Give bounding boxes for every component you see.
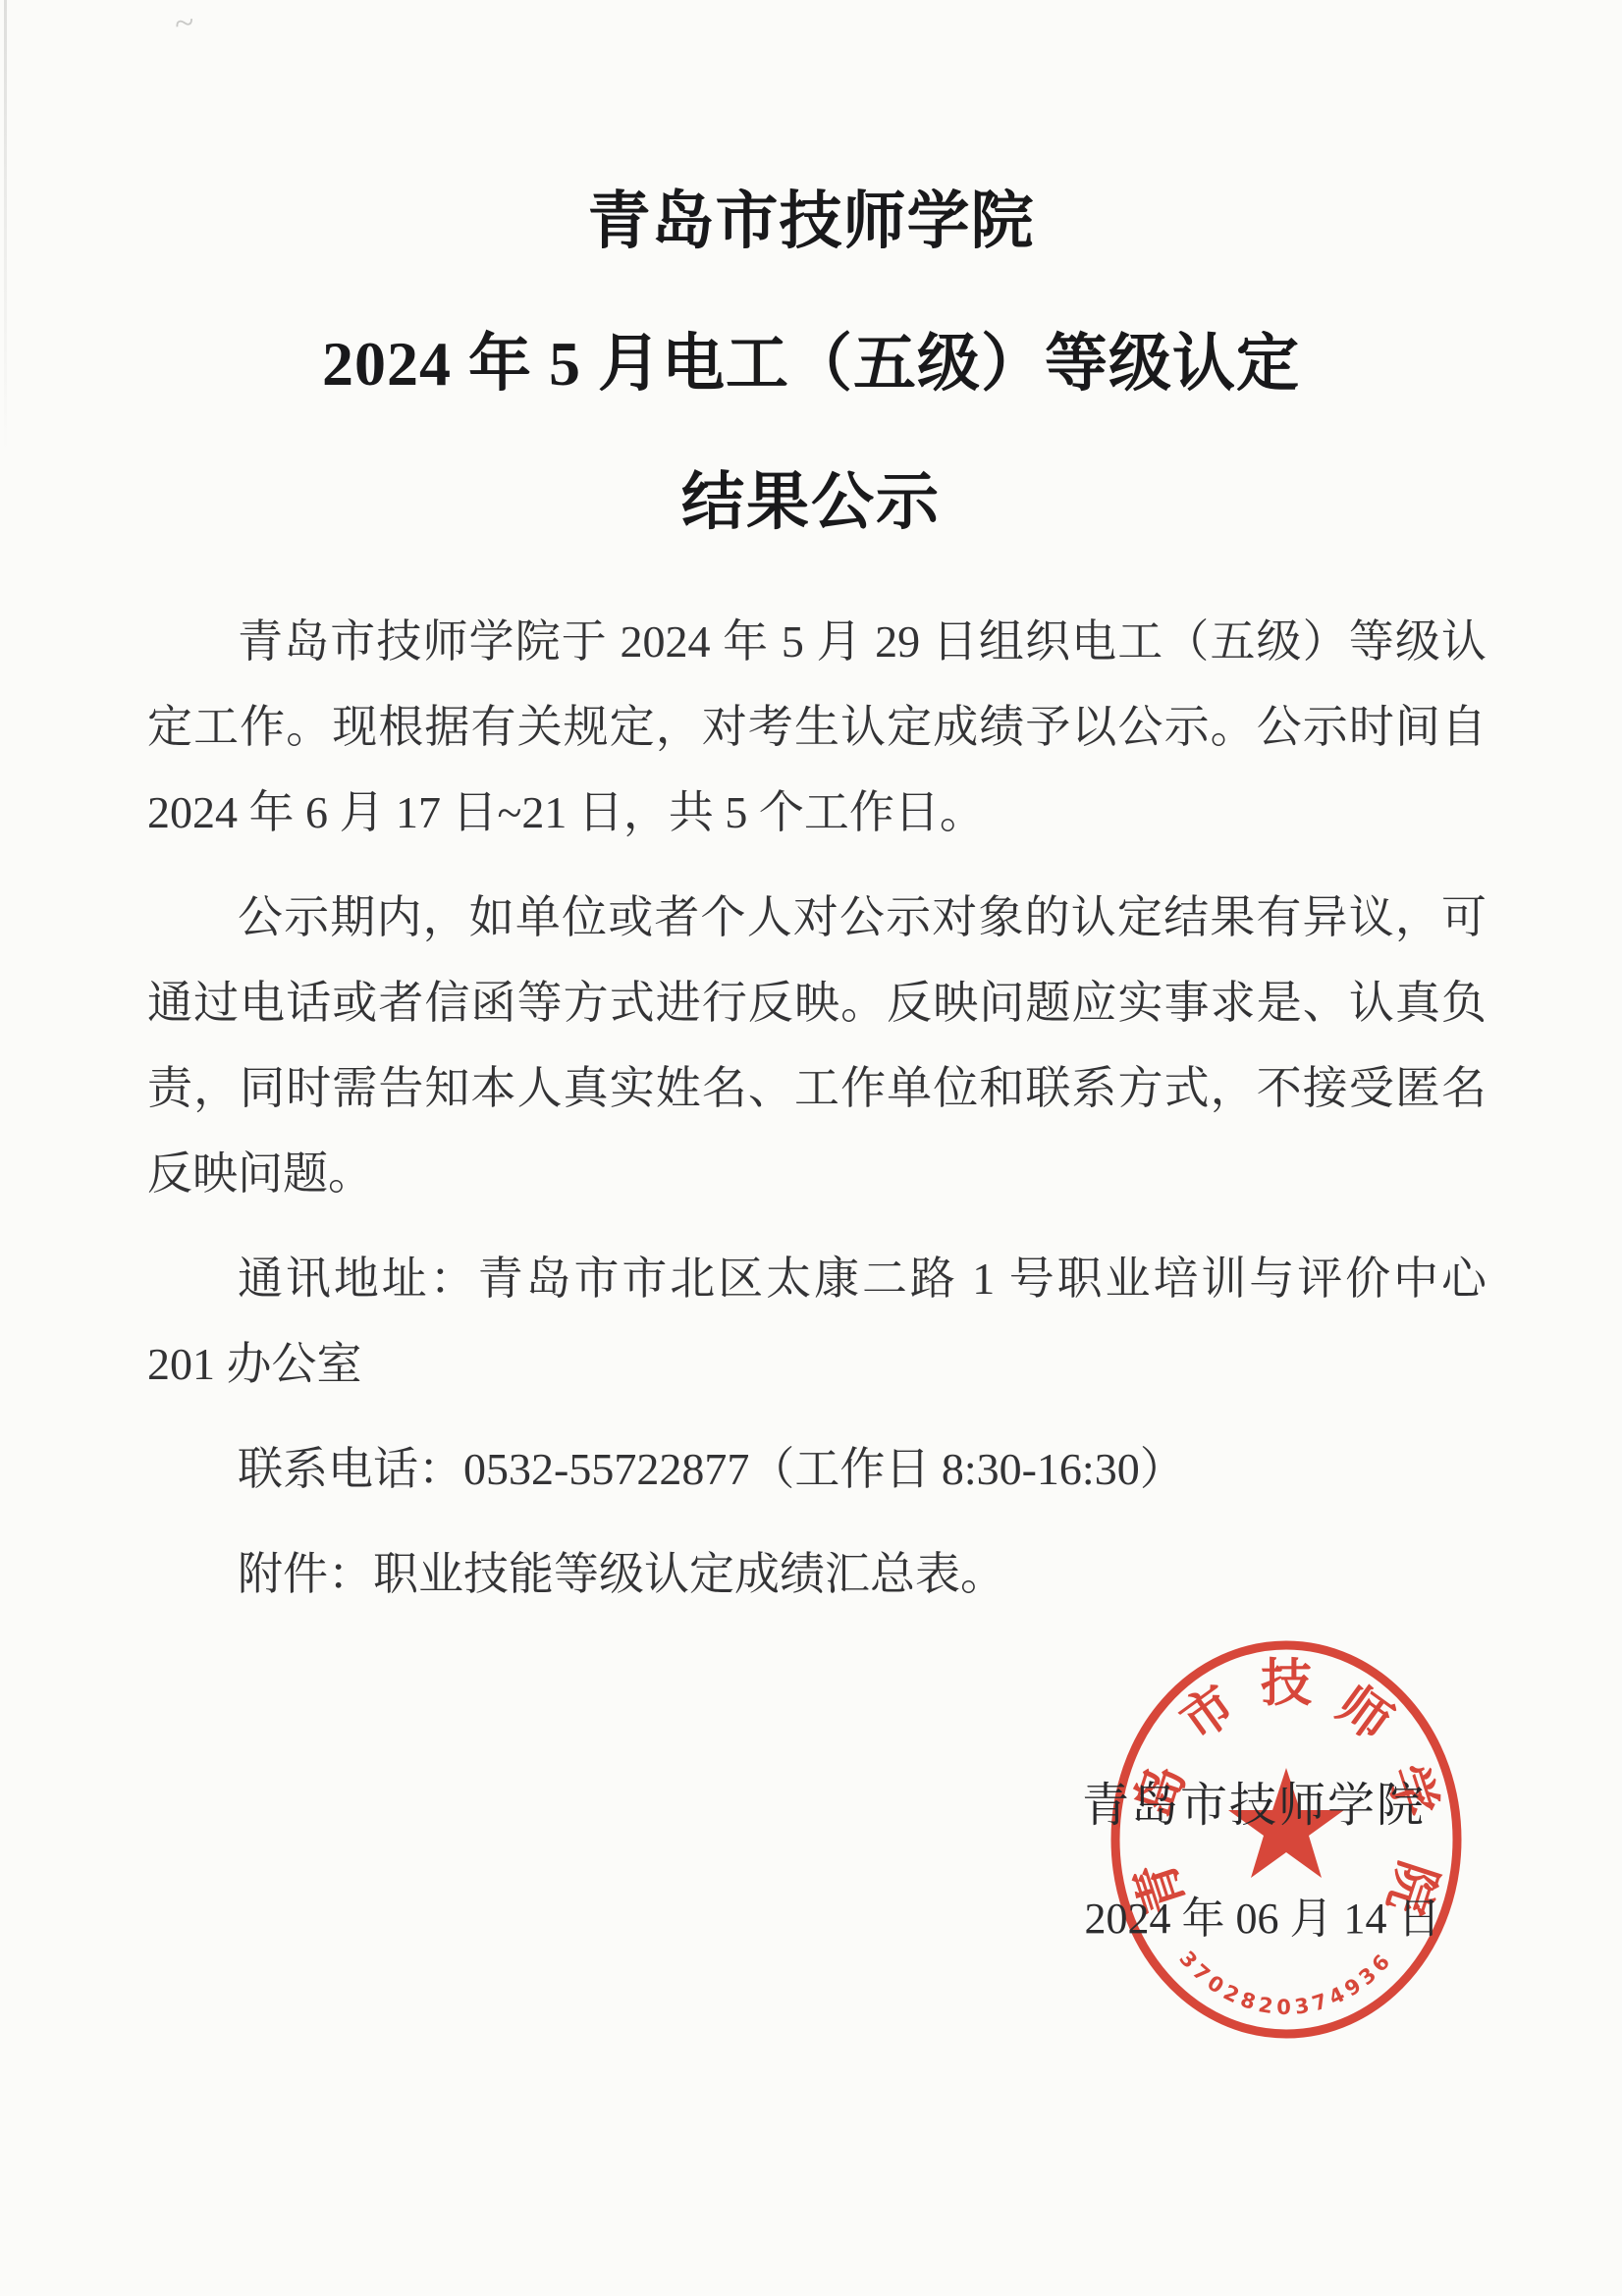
document-page: ~ 青岛市技师学院 2024 年 5 月电工（五级）等级认定 结果公示 青岛市技… (0, 0, 1622, 2296)
paragraph-intro: 青岛市技师学院于 2024 年 5 月 29 日组织电工（五级）等级认定工作。现… (147, 599, 1487, 855)
paragraph-address: 通讯地址：青岛市市北区太康二路 1 号职业培训与评价中心 201 办公室 (147, 1236, 1487, 1407)
scan-mark-artifact: ~ (172, 1, 196, 44)
official-seal: 青 岛 市 技 师 学 院 3702820374936 (1098, 1626, 1481, 2057)
doc-title-org: 青岛市技师学院 (0, 183, 1622, 261)
paragraph-objection: 公示期内，如单位或者个人对公示对象的认定结果有异议，可通过电话或者信函等方式进行… (147, 875, 1487, 1216)
signature-org: 青岛市技师学院 (1057, 1778, 1450, 1835)
paragraph-attachment: 附件：职业技能等级认定成绩汇总表。 (147, 1531, 1487, 1617)
document-body: 青岛市技师学院于 2024 年 5 月 29 日组织电工（五级）等级认定工作。现… (147, 599, 1487, 1636)
signature-date: 2024 年 06 月 14 日 (1047, 1893, 1479, 1946)
paragraph-phone: 联系电话：0532-55722877（工作日 8:30-16:30） (147, 1426, 1487, 1512)
doc-title-subject: 2024 年 5 月电工（五级）等级认定 (0, 325, 1622, 403)
doc-title-result: 结果公示 (0, 463, 1622, 542)
seal-ring-char: 技 (1261, 1656, 1312, 1713)
